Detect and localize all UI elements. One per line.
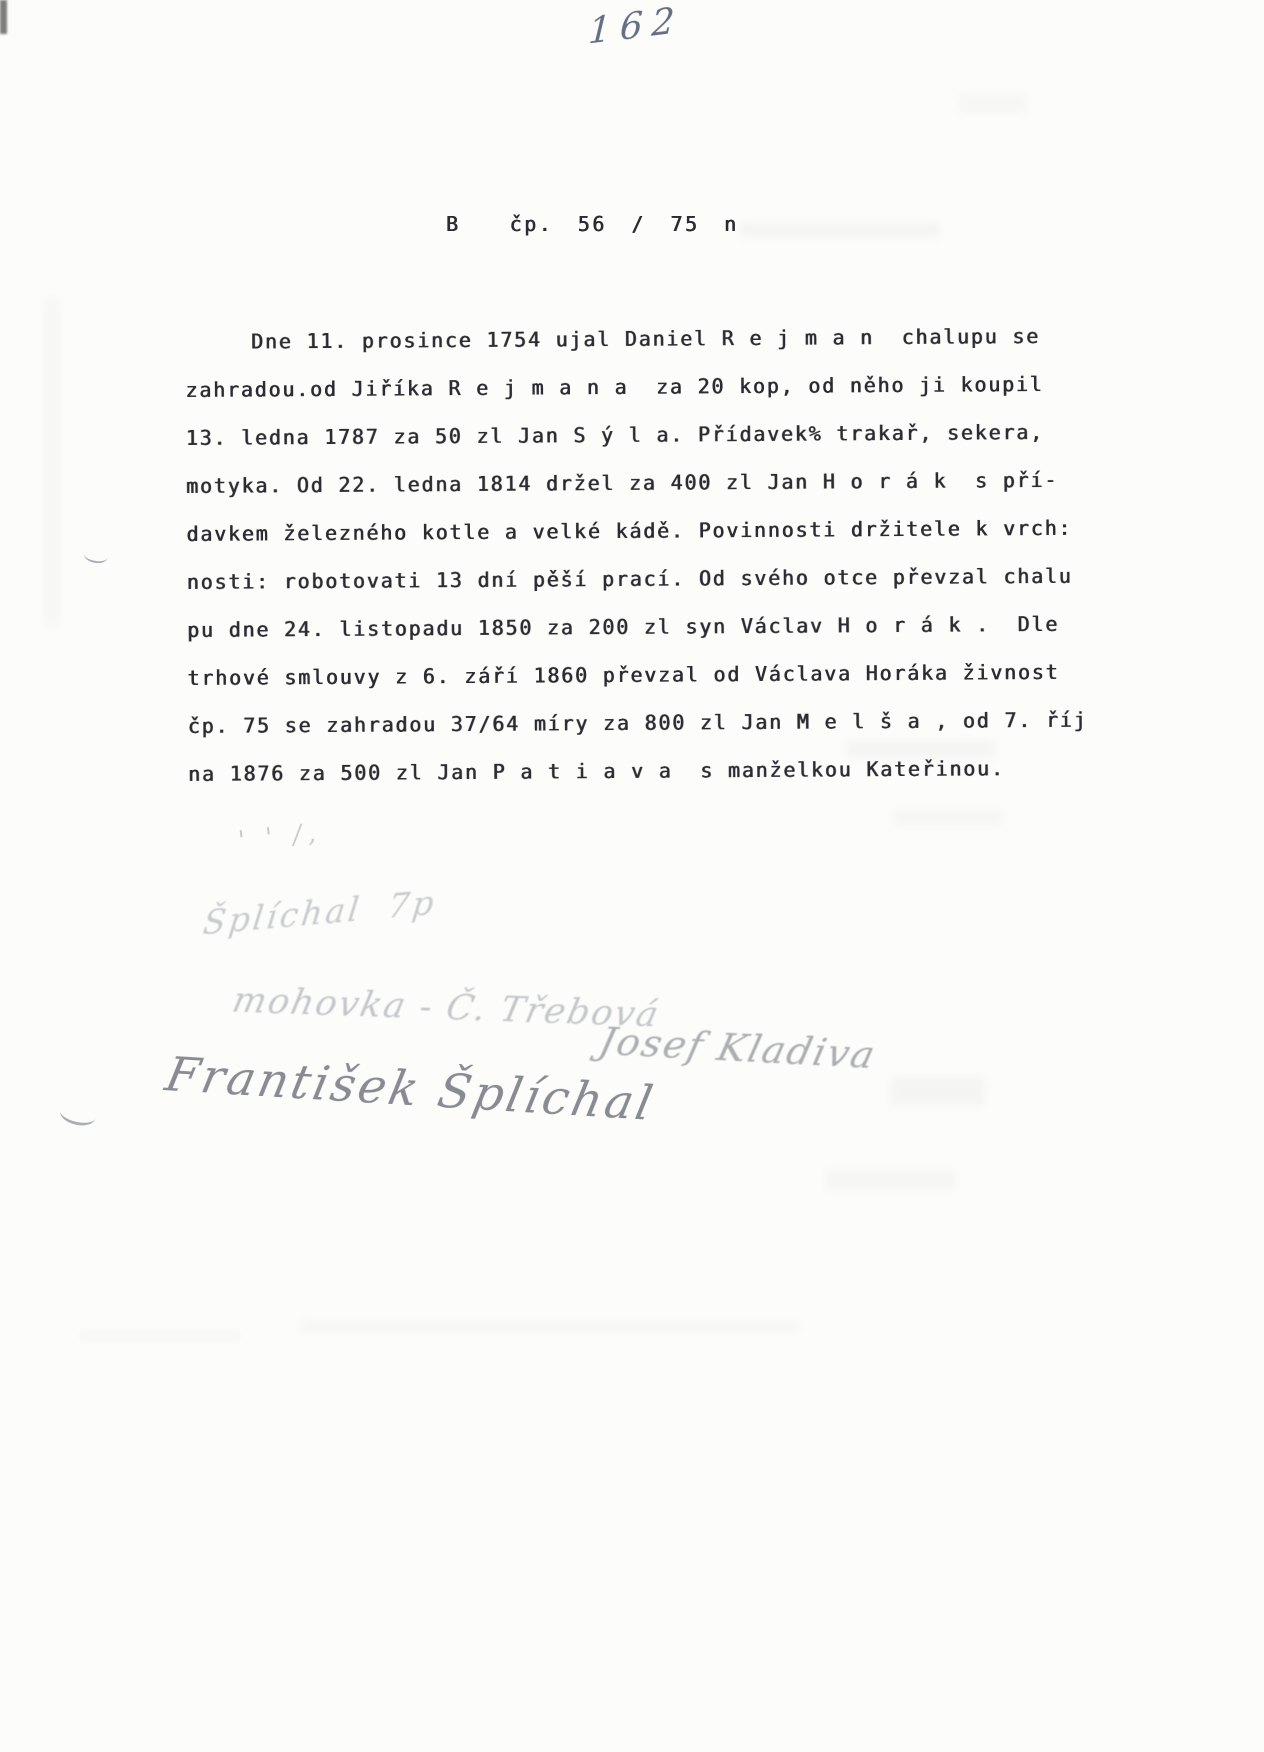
scan-smudge xyxy=(80,1330,240,1342)
typed-line: nosti: robotovati 13 dní pěší prací. Od … xyxy=(187,552,1107,606)
handwritten-place-note: mohovka - Č. Třebová xyxy=(229,981,664,1036)
handwritten-signature-frantisek-splichal: František Šplíchal xyxy=(161,1047,660,1131)
pencil-curve-mark xyxy=(58,1100,98,1128)
scanned-document-page: 162 B čp. 56 / 75 n Dne 11. prosince 175… xyxy=(0,0,1264,1752)
typed-line: davkem železného kotle a velké kádě. Pov… xyxy=(186,504,1106,558)
handwritten-faint-name-note: Šplíchal 7p xyxy=(201,883,439,943)
typed-line: zahradou.od Jiříka R e j m a n a za 20 k… xyxy=(185,360,1105,414)
scan-smudge xyxy=(890,1076,985,1106)
typed-line: pu dne 24. listopadu 1850 za 200 zl syn … xyxy=(187,600,1107,654)
typed-line: 13. ledna 1787 za 50 zl Jan S ý l a. Pří… xyxy=(186,408,1106,462)
typed-line: motyka. Od 22. ledna 1814 držel za 400 z… xyxy=(186,456,1106,510)
scan-smudge xyxy=(826,1170,956,1190)
scan-smudge xyxy=(740,222,940,238)
scan-smudge xyxy=(846,740,996,758)
handwritten-page-number: 162 xyxy=(587,0,684,53)
pencil-curve-mark xyxy=(83,546,109,565)
scan-edge-artifact xyxy=(0,0,7,34)
scan-smudge xyxy=(893,810,1003,826)
document-heading: B čp. 56 / 75 n xyxy=(446,212,739,236)
handwritten-signature-josef-kladiva: Josef Kladiva xyxy=(595,1019,881,1077)
typed-paragraph: Dne 11. prosince 1754 ujal Daniel R e j … xyxy=(185,312,1108,798)
handwritten-scribble-marks: ' ' /, xyxy=(237,818,324,857)
typed-line: trhové smlouvy z 6. září 1860 převzal od… xyxy=(187,648,1107,702)
typed-line: Dne 11. prosince 1754 ujal Daniel R e j … xyxy=(185,312,1105,366)
scan-smudge xyxy=(44,298,60,628)
scan-smudge xyxy=(300,1320,800,1333)
scan-smudge xyxy=(958,92,1028,114)
